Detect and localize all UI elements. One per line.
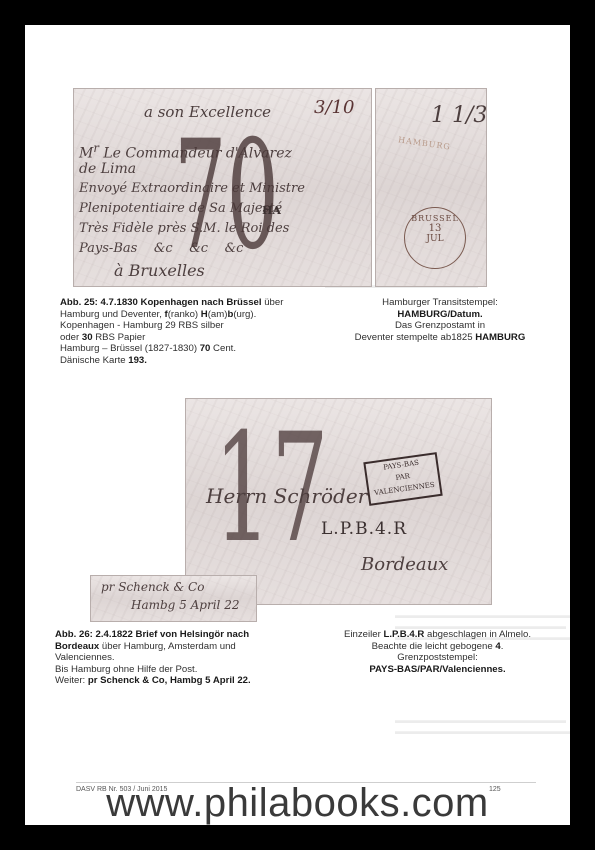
letter-destination: Bordeaux (361, 554, 448, 575)
caption-line: Valenciennes. (55, 652, 315, 664)
caption-line: Kopenhagen - Hamburg 29 RBS silber (60, 320, 340, 332)
cancel-day: 13 (405, 223, 465, 234)
figure-25-backstamp-image: 1 1/3 HAMBURG BRUSSEL 13 JUL (375, 88, 487, 287)
inset-routing-line: pr Schenck & Co (101, 580, 204, 594)
letter-big-rate: 70 (174, 111, 279, 281)
caption-line: Bordeaux über Hamburg, Amsterdam und (55, 641, 315, 653)
caption-line: Beachte die leicht gebogene 4. (315, 641, 560, 653)
caption-line: Grenzpoststempel: (315, 652, 560, 664)
caption-line: Hamburg und Deventer, f(ranko) H(am)b(ur… (60, 309, 340, 321)
caption-line: Hamburger Transitstempel: (330, 297, 550, 309)
caption-line: Bis Hamburg ohne Hilfe der Post. (55, 664, 315, 676)
caption-line: HAMBURG/Datum. (330, 309, 550, 321)
brussel-arrival-cancel: BRUSSEL 13 JUL (404, 207, 466, 269)
pays-bas-border-stamp: PAYS-BAS PAR VALENCIENNES (363, 452, 442, 506)
show-through-text: ▬▬▬▬▬▬▬▬▬▬▬▬▬▬▬▬▬▬▬ ▬▬▬▬▬▬▬▬▬▬▬▬▬▬▬▬▬▬▬▬ (395, 715, 570, 737)
figure-26-letter-image: 17 Herrn Schröder PAYS-BAS PAR VALENCIEN… (185, 398, 492, 605)
caption-line: Deventer stempelte ab1825 HAMBURG (330, 332, 550, 344)
caption-line: Abb. 26: 2.4.1822 Brief von Helsingör na… (55, 629, 315, 641)
figure-26-caption: Abb. 26: 2.4.1822 Brief von Helsingör na… (55, 629, 315, 687)
lpb4r-transit-stamp: L.P.B.4.R (321, 519, 407, 539)
inset-routing-line: Hambg 5 April 22 (131, 598, 239, 612)
caption-line: PAYS-BAS/PAR/Valenciennes. (315, 664, 560, 676)
caption-line: oder 30 RBS Papier (60, 332, 340, 344)
caption-line: Abb. 25: 4.7.1830 Kopenhagen nach Brüsse… (60, 297, 340, 309)
figure-25-side-caption: Hamburger Transitstempel:HAMBURG/Datum.D… (330, 297, 550, 343)
watermark: www.philabooks.com (25, 781, 570, 825)
caption-line: Hamburg – Brüssel (1827-1830) 70 Cent. (60, 343, 340, 355)
document-page: ▬▬▬▬▬▬▬▬▬▬▬▬▬▬▬▬▬ ▬▬▬▬▬▬▬▬▬▬▬▬▬▬▬▬▬▬▬▬ ▬… (25, 25, 570, 825)
figure-26-inset-image: pr Schenck & Co Hambg 5 April 22 (90, 575, 257, 622)
cancel-place: BRUSSEL (405, 214, 465, 223)
letter-rate-marking: 3/10 (314, 97, 354, 118)
caption-line: Das Grenzpostamt in (330, 320, 550, 332)
figure-25-letter-image: a son Excellence 3/10 Mr Le Commandeur d… (73, 88, 372, 287)
caption-line: Dänische Karte 193. (60, 355, 340, 367)
caption-line: Weiter: pr Schenck & Co, Hambg 5 April 2… (55, 675, 315, 687)
hamburg-stamp-faint: HAMBURG (398, 135, 452, 151)
letter-addressee: Herrn Schröder (206, 484, 367, 508)
arrival-rate-marking: 1 1/3 (431, 103, 487, 128)
figure-26-side-caption: Einzeiler L.P.B.4.R abgeschlagen in Alme… (315, 629, 560, 675)
figure-25-caption: Abb. 25: 4.7.1830 Kopenhagen nach Brüsse… (60, 297, 340, 367)
cancel-month: JUL (405, 234, 465, 244)
hamburg-transit-stamp: HA (262, 204, 281, 217)
letter-text-line: de Lima (79, 161, 136, 177)
caption-line: Einzeiler L.P.B.4.R abgeschlagen in Alme… (315, 629, 560, 641)
